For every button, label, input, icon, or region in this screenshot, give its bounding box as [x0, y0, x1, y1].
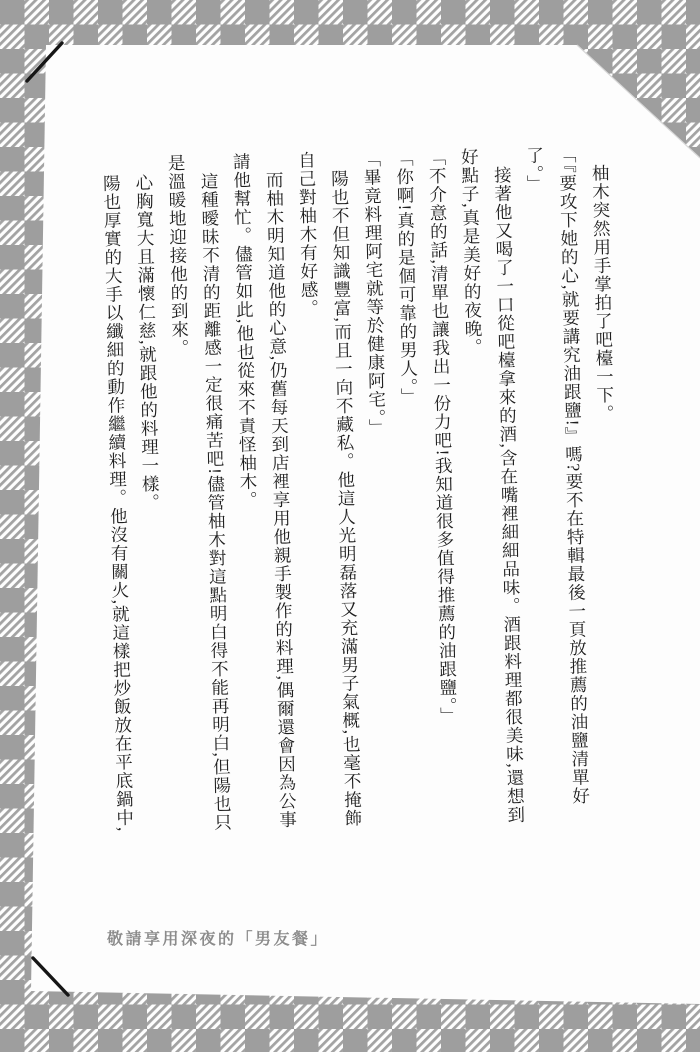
body-text-columns: 柚木突然用手掌拍了吧檯一下。「『要攻下她的心,就要講究油跟鹽!』嗎?要不在特輯最…	[94, 145, 631, 863]
footer-caption: 敬請享用深夜的「男友餐」	[107, 926, 329, 949]
